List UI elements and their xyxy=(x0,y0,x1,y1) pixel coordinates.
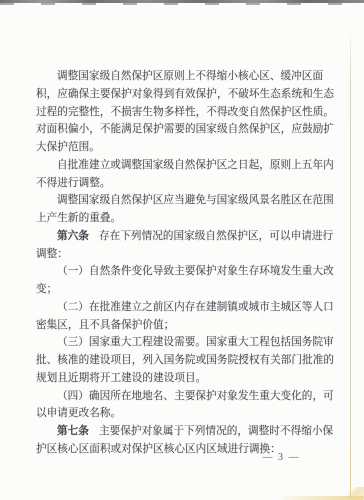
text-line: 规划且近期将开工建设的建设项目。 xyxy=(36,370,338,388)
text-line: 第六条存在下列情况的国家级自然保护区，可以申请进行 xyxy=(36,228,338,246)
text-line: （四）确因所在地地名、主要保护对象发生重大变化的，可 xyxy=(36,388,338,406)
scanned-document-page: 调整国家级自然保护区原则上不得缩小核心区、缓冲区面积，应确保主要保护对象得到有效… xyxy=(0,0,364,500)
text-line: 不得进行调整。 xyxy=(36,175,338,193)
text-line: 调整国家级自然保护区应当避免与国家级风景名胜区在范围 xyxy=(36,192,338,210)
text-line: 变； xyxy=(36,281,338,299)
text-line: 调整国家级自然保护区原则上不得缩小核心区、缓冲区面 xyxy=(36,68,338,86)
scan-corner-stain xyxy=(338,487,364,498)
text-line: 过程的完整性，不损害生物多样性，不得改变自然保护区性质。 xyxy=(36,104,338,122)
text-line: 大保护范围。 xyxy=(36,139,338,157)
text-line: 批、核准的建设项目，列入国务院或国务院授权有关部门批准的 xyxy=(36,352,338,370)
text-line: （一）自然条件变化导致主要保护对象生存环境发生重大改 xyxy=(36,263,338,281)
text-line: （三）国家重大工程建设需要。国家重大工程包括国务院审 xyxy=(36,334,338,352)
article-number: 第六条 xyxy=(57,231,89,242)
text-line: （二）在批准建立之前区内存在建制镇或城市主城区等人口 xyxy=(36,299,338,317)
text-line: 以申请更改名称。 xyxy=(36,405,338,423)
text-line: 上产生新的重叠。 xyxy=(36,210,338,228)
article-number: 第七条 xyxy=(57,426,89,437)
scan-top-edge-artifact xyxy=(0,0,364,3)
text-line: 密集区，且不具备保护价值； xyxy=(36,317,338,335)
document-body: 调整国家级自然保护区原则上不得缩小核心区、缓冲区面积，应确保主要保护对象得到有效… xyxy=(36,68,338,459)
text-line: 调整： xyxy=(36,246,338,264)
text-line: 积，应确保主要保护对象得到有效保护，不破坏生态系统和生态 xyxy=(36,86,338,104)
text-line: 第七条主要保护对象属于下列情况的，调整时不得缩小保 xyxy=(36,423,338,441)
text-line: 自批准建立或调整国家级自然保护区之日起，原则上五年内 xyxy=(36,157,338,175)
scan-fold-line xyxy=(350,26,351,498)
text-line: 对面积偏小，不能满足保护需要的国家级自然保护区，应鼓励扩 xyxy=(36,121,338,139)
page-number: — 3 — xyxy=(263,452,301,463)
